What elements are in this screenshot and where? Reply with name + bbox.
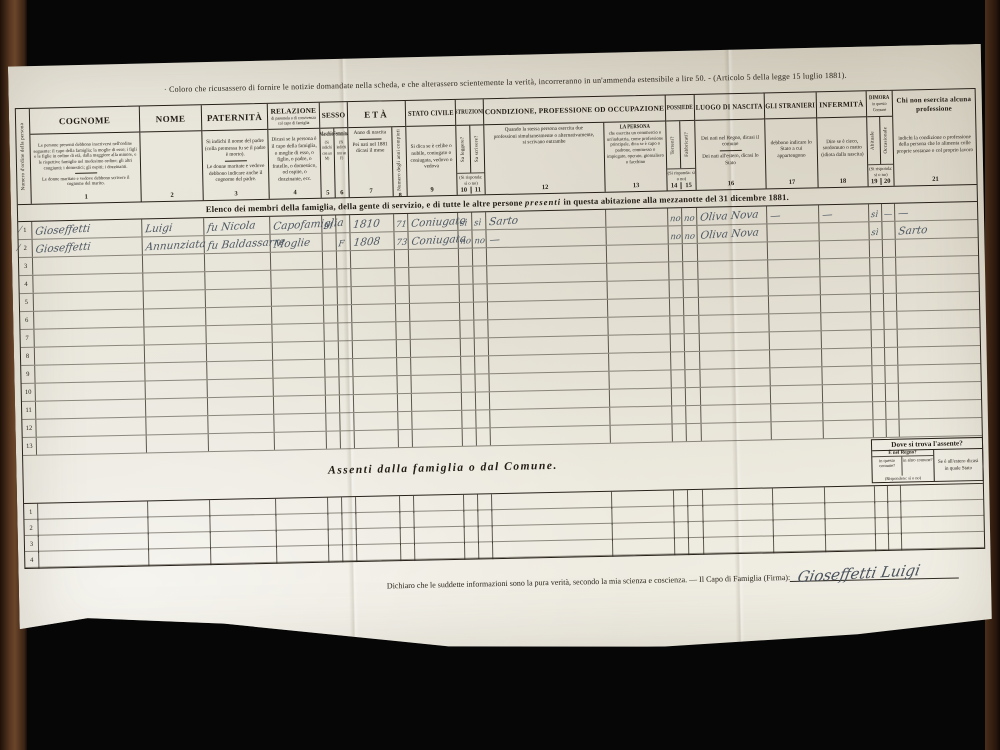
cell-relazione (272, 288, 324, 306)
cell-fabbricati (688, 490, 703, 507)
cell-nome (146, 380, 208, 398)
cell-relazione (275, 432, 327, 450)
cell-paternita (207, 361, 273, 379)
handwritten-cognome: Gioseffetti (35, 241, 91, 256)
cell-luogo (700, 368, 770, 386)
cell-anni (401, 528, 415, 545)
cell-relazione (273, 360, 325, 378)
cell-anno (351, 250, 395, 268)
cell-infermita (820, 240, 870, 258)
cell-fabbricati (685, 334, 700, 351)
cell-paternita (205, 253, 271, 271)
cell-paternita: fu Nicola (204, 217, 270, 235)
cell-nome: Luigi (142, 218, 204, 236)
cell-occasionale (887, 420, 900, 437)
cell-abituale (870, 258, 883, 275)
cell-fabbricati (689, 522, 704, 539)
cell-luogo: Oliva Nova (697, 224, 767, 242)
handwritten-relazione: Moglie (273, 237, 311, 251)
cell-paternita: fu Baldassarre (205, 235, 271, 253)
cell-infermita (819, 222, 869, 240)
cell-anno (354, 394, 398, 412)
cell-scrive (478, 494, 492, 511)
handwritten-anni: 73 (396, 237, 408, 248)
cell-anno (352, 322, 396, 340)
cell-terreni (670, 316, 684, 333)
cell-cognome (34, 309, 144, 328)
cell-legge (464, 511, 478, 528)
row-number: 1 (18, 222, 32, 239)
cell-occasionale (885, 366, 898, 383)
cell-fabbricati (685, 352, 700, 369)
cell-luogo: Oliva Nova (697, 206, 767, 224)
cell-paternita (211, 547, 277, 565)
cell-abituale (871, 312, 884, 329)
header-nome: NOME 2 (140, 105, 204, 201)
cell-occasionale (889, 518, 902, 535)
cell-paternita (207, 343, 273, 361)
cell-chi (900, 418, 982, 437)
cell-anni (396, 322, 410, 339)
cell-legge (460, 321, 474, 338)
cell-f (338, 305, 352, 322)
cell-chi (897, 310, 979, 329)
handwritten-anno: 1808 (353, 235, 381, 249)
cell-luogo (699, 296, 769, 314)
cell-scrive (478, 510, 492, 527)
cell-nome (147, 434, 209, 452)
cell-stranieri (770, 367, 822, 385)
cell-luogo (704, 536, 774, 554)
cell-scrive (474, 302, 488, 319)
cell-persona (608, 316, 670, 334)
handwritten-legge: sì (459, 218, 467, 228)
cell-legge (461, 375, 475, 392)
header-condizione: CONDIZIONE, PROFESSIONE OD OCCUPAZIONE Q… (484, 95, 668, 194)
cell-legge (460, 285, 474, 302)
cell-m (324, 287, 338, 304)
cell-abituale (872, 366, 885, 383)
row-number: 9 (21, 366, 35, 383)
cell-infermita (826, 534, 876, 552)
cell-m (328, 513, 342, 530)
cell-m (323, 251, 337, 268)
cell-cond: — (486, 228, 606, 248)
cell-m (326, 413, 340, 430)
cell-cognome (36, 399, 146, 418)
handwritten-anni: 71 (395, 219, 407, 230)
cell-stato (413, 429, 463, 447)
row-number: 4 (19, 276, 33, 293)
cell-m (324, 323, 338, 340)
header-chi-non-esercita: Chi non esercita alcuna professione indi… (893, 89, 977, 186)
cell-paternita (205, 271, 271, 289)
cell-terreni (673, 424, 687, 441)
cell-terreni (670, 280, 684, 297)
cell-luogo (700, 350, 770, 368)
cell-anno (353, 340, 397, 358)
header-infermita: INFERMITÀ Dire se è cieco, sordomuto o m… (817, 91, 869, 187)
handwritten-abituale: sì (871, 228, 879, 238)
cell-anni (397, 376, 411, 393)
cell-paternita (209, 433, 275, 451)
cell-f (338, 287, 352, 304)
cell-occasionale (883, 258, 896, 275)
cell-nome (143, 272, 205, 290)
row-number: 3 (25, 536, 39, 553)
cell-infermita (824, 420, 874, 438)
cell-legge (462, 411, 476, 428)
cell-cond (491, 426, 611, 446)
cell-abituale (870, 276, 883, 293)
cell-stato: Coniugata (408, 231, 458, 249)
cell-luogo (698, 260, 768, 278)
cell-luogo (700, 332, 770, 350)
cell-persona (608, 298, 670, 316)
cell-chi (898, 364, 980, 383)
cell-anno (351, 268, 395, 286)
cell-m (322, 233, 336, 250)
cell-persona (608, 280, 670, 298)
cell-stranieri (774, 535, 826, 553)
header-sesso: SESSO Maschio (Si indichi con un M) 5 Fe… (320, 102, 350, 198)
cell-anni (399, 430, 413, 447)
row-number: 12 (22, 420, 36, 437)
cell-f (342, 513, 356, 530)
cell-anno (352, 286, 396, 304)
cell-terreni (669, 262, 683, 279)
cell-m (329, 529, 343, 546)
signature-line: Gioseffetti Luigi (790, 561, 959, 582)
cell-scrive (479, 542, 493, 559)
cell-legge (465, 543, 479, 560)
handwritten-luogo: Oliva Nova (700, 226, 760, 241)
cell-f (343, 545, 357, 562)
cell-persona (606, 226, 668, 244)
header-cognome: COGNOME Le persone presenti debbono insc… (30, 107, 142, 204)
cell-infermita (821, 312, 871, 330)
header-femmina: Femmina (Si indichi con un F) 6 (334, 128, 349, 197)
cell-anno (355, 430, 399, 448)
cell-stranieri (769, 277, 821, 295)
header-numero-label: Numero d'ordine della persona (20, 123, 27, 190)
cell-anni (396, 304, 410, 321)
cell-abituale (876, 518, 889, 535)
cell-infermita (823, 402, 873, 420)
cell-anni: 71 (394, 214, 408, 231)
row-number: 7 (20, 330, 34, 347)
cell-f (337, 251, 351, 268)
cell-terreni (669, 244, 683, 261)
cell-fabbricati: no (682, 226, 697, 243)
cell-terreni (671, 370, 685, 387)
cell-stranieri (770, 349, 822, 367)
cell-luogo (698, 242, 768, 260)
cell-occasionale (888, 502, 901, 519)
cell-stranieri (771, 403, 823, 421)
cell-legge (464, 495, 478, 512)
cell-cognome (34, 291, 144, 310)
cell-scrive (473, 266, 487, 283)
cell-m (329, 545, 343, 562)
cell-anni (395, 268, 409, 285)
cell-f (337, 269, 351, 286)
cell-anni (397, 358, 411, 375)
cell-scrive (474, 284, 488, 301)
cell-abituale (875, 502, 888, 519)
cell-stranieri (769, 313, 821, 331)
cell-cond (489, 354, 609, 374)
cell-cond (488, 282, 608, 302)
cell-cond (489, 372, 609, 392)
cell-f: F (336, 233, 350, 250)
cell-terreni: no (668, 226, 682, 243)
cell-cognome (39, 549, 149, 568)
header-stato-civile: STATO CIVILE Si dica se è celibe o nubil… (406, 100, 458, 196)
handwritten-fabbricati: no (684, 231, 696, 242)
handwritten-occasionale: — (883, 209, 893, 220)
cell-terreni (671, 352, 685, 369)
cell-cognome (36, 381, 146, 400)
handwritten-infermita: — (821, 209, 833, 222)
cell-nome (143, 254, 205, 272)
cell-occasionale (883, 240, 896, 257)
header-anno-nascita: Anno di nascita Pei nati nel 1881 dicasi… (348, 127, 393, 197)
cell-luogo (699, 314, 769, 332)
row-number: 2 (19, 240, 33, 257)
cell-relazione (274, 396, 326, 414)
cell-anno (354, 412, 398, 430)
occasionale-label: Occasionale (883, 127, 889, 154)
sa-leggere-label: Sa leggere? (460, 137, 466, 163)
cell-f (340, 395, 354, 412)
header-luogo-nascita: LUOGO DI NASCITA Dei nati nel Regno, dic… (695, 93, 767, 189)
cell-infermita (821, 294, 871, 312)
cell-cond (487, 246, 607, 266)
header-istruzione: ISTRUZIONE Sa leggere? Sa scrivere? (Si … (456, 99, 486, 195)
census-table: Numero d'ordine della persona COGNOME Le… (15, 88, 985, 569)
header-la-persona: LA PERSONA che esercita un commercio o u… (604, 122, 666, 192)
cell-luogo (702, 422, 772, 440)
cell-chi (896, 274, 978, 293)
cell-stranieri (767, 223, 819, 241)
cell-fabbricati (689, 538, 704, 555)
handwritten-nome: Luigi (144, 222, 173, 236)
cell-stato (412, 393, 462, 411)
cell-stato: Coniugato (408, 213, 458, 231)
row-number: 1 (24, 504, 38, 521)
header-paternita: PATERNITÀ Si indichi il nome del padre (… (202, 104, 270, 200)
row-number: 10 (22, 384, 36, 401)
handwritten-chi: — (897, 207, 909, 220)
cell-terreni (674, 506, 688, 523)
cell-persona (607, 262, 669, 280)
cell-infermita (820, 258, 870, 276)
cell-legge (459, 249, 473, 266)
handwritten-fabbricati: no (683, 213, 695, 224)
cell-chi (898, 346, 980, 365)
cell-scrive (475, 356, 489, 373)
cell-stranieri (770, 331, 822, 349)
cell-terreni (672, 406, 686, 423)
cell-abituale (874, 420, 887, 437)
cell-anno (357, 544, 401, 562)
handwritten-cond: Sarto (488, 215, 518, 229)
cell-persona (611, 424, 673, 442)
cell-anno (353, 358, 397, 376)
cell-stato (410, 303, 460, 321)
cell-fabbricati (686, 406, 701, 423)
cell-fabbricati (683, 244, 698, 261)
cell-persona (609, 352, 671, 370)
cell-scrive (475, 338, 489, 355)
dove-assente-box: Dove si trova l'assente? È nel Regno? in… (871, 437, 984, 483)
cell-occasionale (884, 312, 897, 329)
cell-paternita (208, 415, 274, 433)
handwritten-anno: 1810 (352, 217, 380, 231)
abituale-label: Abituale (870, 131, 876, 150)
cell-stato (415, 543, 465, 561)
cell-infermita (822, 330, 872, 348)
cell-chi (899, 382, 981, 401)
handwritten-chi: Sarto (898, 224, 928, 238)
cell-luogo (699, 278, 769, 296)
cell-scrive (474, 320, 488, 337)
wood-table-right (985, 0, 1000, 750)
cell-relazione (277, 546, 329, 564)
cell-persona (610, 388, 672, 406)
row-number: 5 (20, 294, 34, 311)
cell-paternita (206, 325, 272, 343)
cell-nome (144, 290, 206, 308)
table-body: 1GioseffettiLuigifu NicolaCapofamigliaM1… (18, 202, 982, 456)
cell-fabbricati (684, 298, 699, 315)
cell-abituale (876, 534, 889, 551)
cell-m (328, 497, 342, 514)
cell-scrive (479, 526, 493, 543)
cell-fabbricati (684, 316, 699, 333)
cell-stato (410, 321, 460, 339)
cell-legge (459, 267, 473, 284)
cell-stranieri (769, 295, 821, 313)
cell-nome (145, 344, 207, 362)
cell-occasionale (883, 276, 896, 293)
cell-abituale (875, 486, 888, 503)
cell-f (339, 359, 353, 376)
cell-cognome (35, 363, 145, 382)
separator (75, 172, 97, 173)
cell-f (340, 413, 354, 430)
cell-cond (488, 318, 608, 338)
cell-stato (409, 249, 459, 267)
cell-persona (606, 208, 668, 226)
cell-stranieri (771, 385, 823, 403)
cell-abituale (873, 384, 886, 401)
row-number: 6 (20, 312, 34, 329)
row-number: 3 (19, 258, 33, 275)
cell-cond (493, 540, 613, 560)
cell-nome (149, 548, 211, 566)
header-stranieri: GLI STRANIERI debbono indicare lo Stato … (765, 92, 819, 188)
cell-nome (146, 398, 208, 416)
cell-legge (465, 527, 479, 544)
cell-paternita (208, 397, 274, 415)
cell-m (325, 377, 339, 394)
header-eta: ETÀ Anno di nascita Pei nati nel 1881 di… (348, 101, 408, 197)
cell-relazione (274, 414, 326, 432)
cell-cond: Sarto (486, 210, 606, 230)
cell-anni (400, 512, 414, 529)
cell-abituale (873, 402, 886, 419)
cell-anni (401, 544, 415, 561)
cell-stranieri (772, 421, 824, 439)
assenti-title: Assenti dalla famiglia o dal Comune. (23, 453, 862, 483)
cell-abituale (872, 330, 885, 347)
census-sheet: · Coloro che ricusassero di fornire le n… (8, 44, 994, 660)
handwritten-abituale: sì (870, 210, 878, 220)
header-possiede: POSSIEDE Terreni? Fabbricati? (Si rispon… (666, 95, 697, 191)
cell-chi (896, 256, 978, 275)
cell-cond (488, 300, 608, 320)
cell-scrive (473, 248, 487, 265)
handwritten-stranieri: — (769, 210, 781, 223)
cell-occasionale (884, 294, 897, 311)
separator (359, 138, 381, 139)
cell-fabbricati (686, 388, 701, 405)
handwritten-luogo: Oliva Nova (699, 208, 759, 223)
cell-m (326, 395, 340, 412)
cell-cognome (37, 435, 147, 454)
cell-infermita (822, 348, 872, 366)
cell-fabbricati (687, 424, 702, 441)
cell-f (339, 341, 353, 358)
cell-occasionale (885, 348, 898, 365)
cell-terreni (670, 298, 684, 315)
cell-anno (352, 304, 396, 322)
cell-m (325, 341, 339, 358)
declaration: Dichiaro che le suddette informazioni so… (387, 561, 959, 590)
cell-persona (610, 406, 672, 424)
cell-terreni: no (668, 208, 682, 225)
cell-relazione (271, 252, 323, 270)
cell-infermita: — (819, 204, 869, 222)
cell-f (342, 497, 356, 514)
cell-chi (898, 328, 980, 347)
cell-cognome (33, 273, 143, 292)
handwritten-paternita: fu Nicola (206, 219, 256, 234)
cell-scrive (476, 410, 490, 427)
cell-f (339, 377, 353, 394)
cell-relazione: Capofamiglia (270, 216, 322, 234)
cell-anni: 73 (394, 232, 408, 249)
cell-f (341, 431, 355, 448)
cell-occasionale: — (882, 204, 895, 221)
cell-terreni (671, 334, 685, 351)
cell-cognome (33, 255, 143, 274)
photo-background: · Coloro che ricusassero di fornire le n… (0, 0, 1000, 750)
cell-fabbricati (684, 280, 699, 297)
cell-anno: 1810 (350, 214, 394, 232)
cell-persona (609, 334, 671, 352)
cell-anni (398, 412, 412, 429)
cell-stranieri (768, 259, 820, 277)
cell-stranieri (768, 241, 820, 259)
cell-occasionale (888, 486, 901, 503)
cell-occasionale (886, 402, 899, 419)
cell-terreni (672, 388, 686, 405)
cell-stato (411, 339, 461, 357)
cell-cognome (36, 417, 146, 436)
